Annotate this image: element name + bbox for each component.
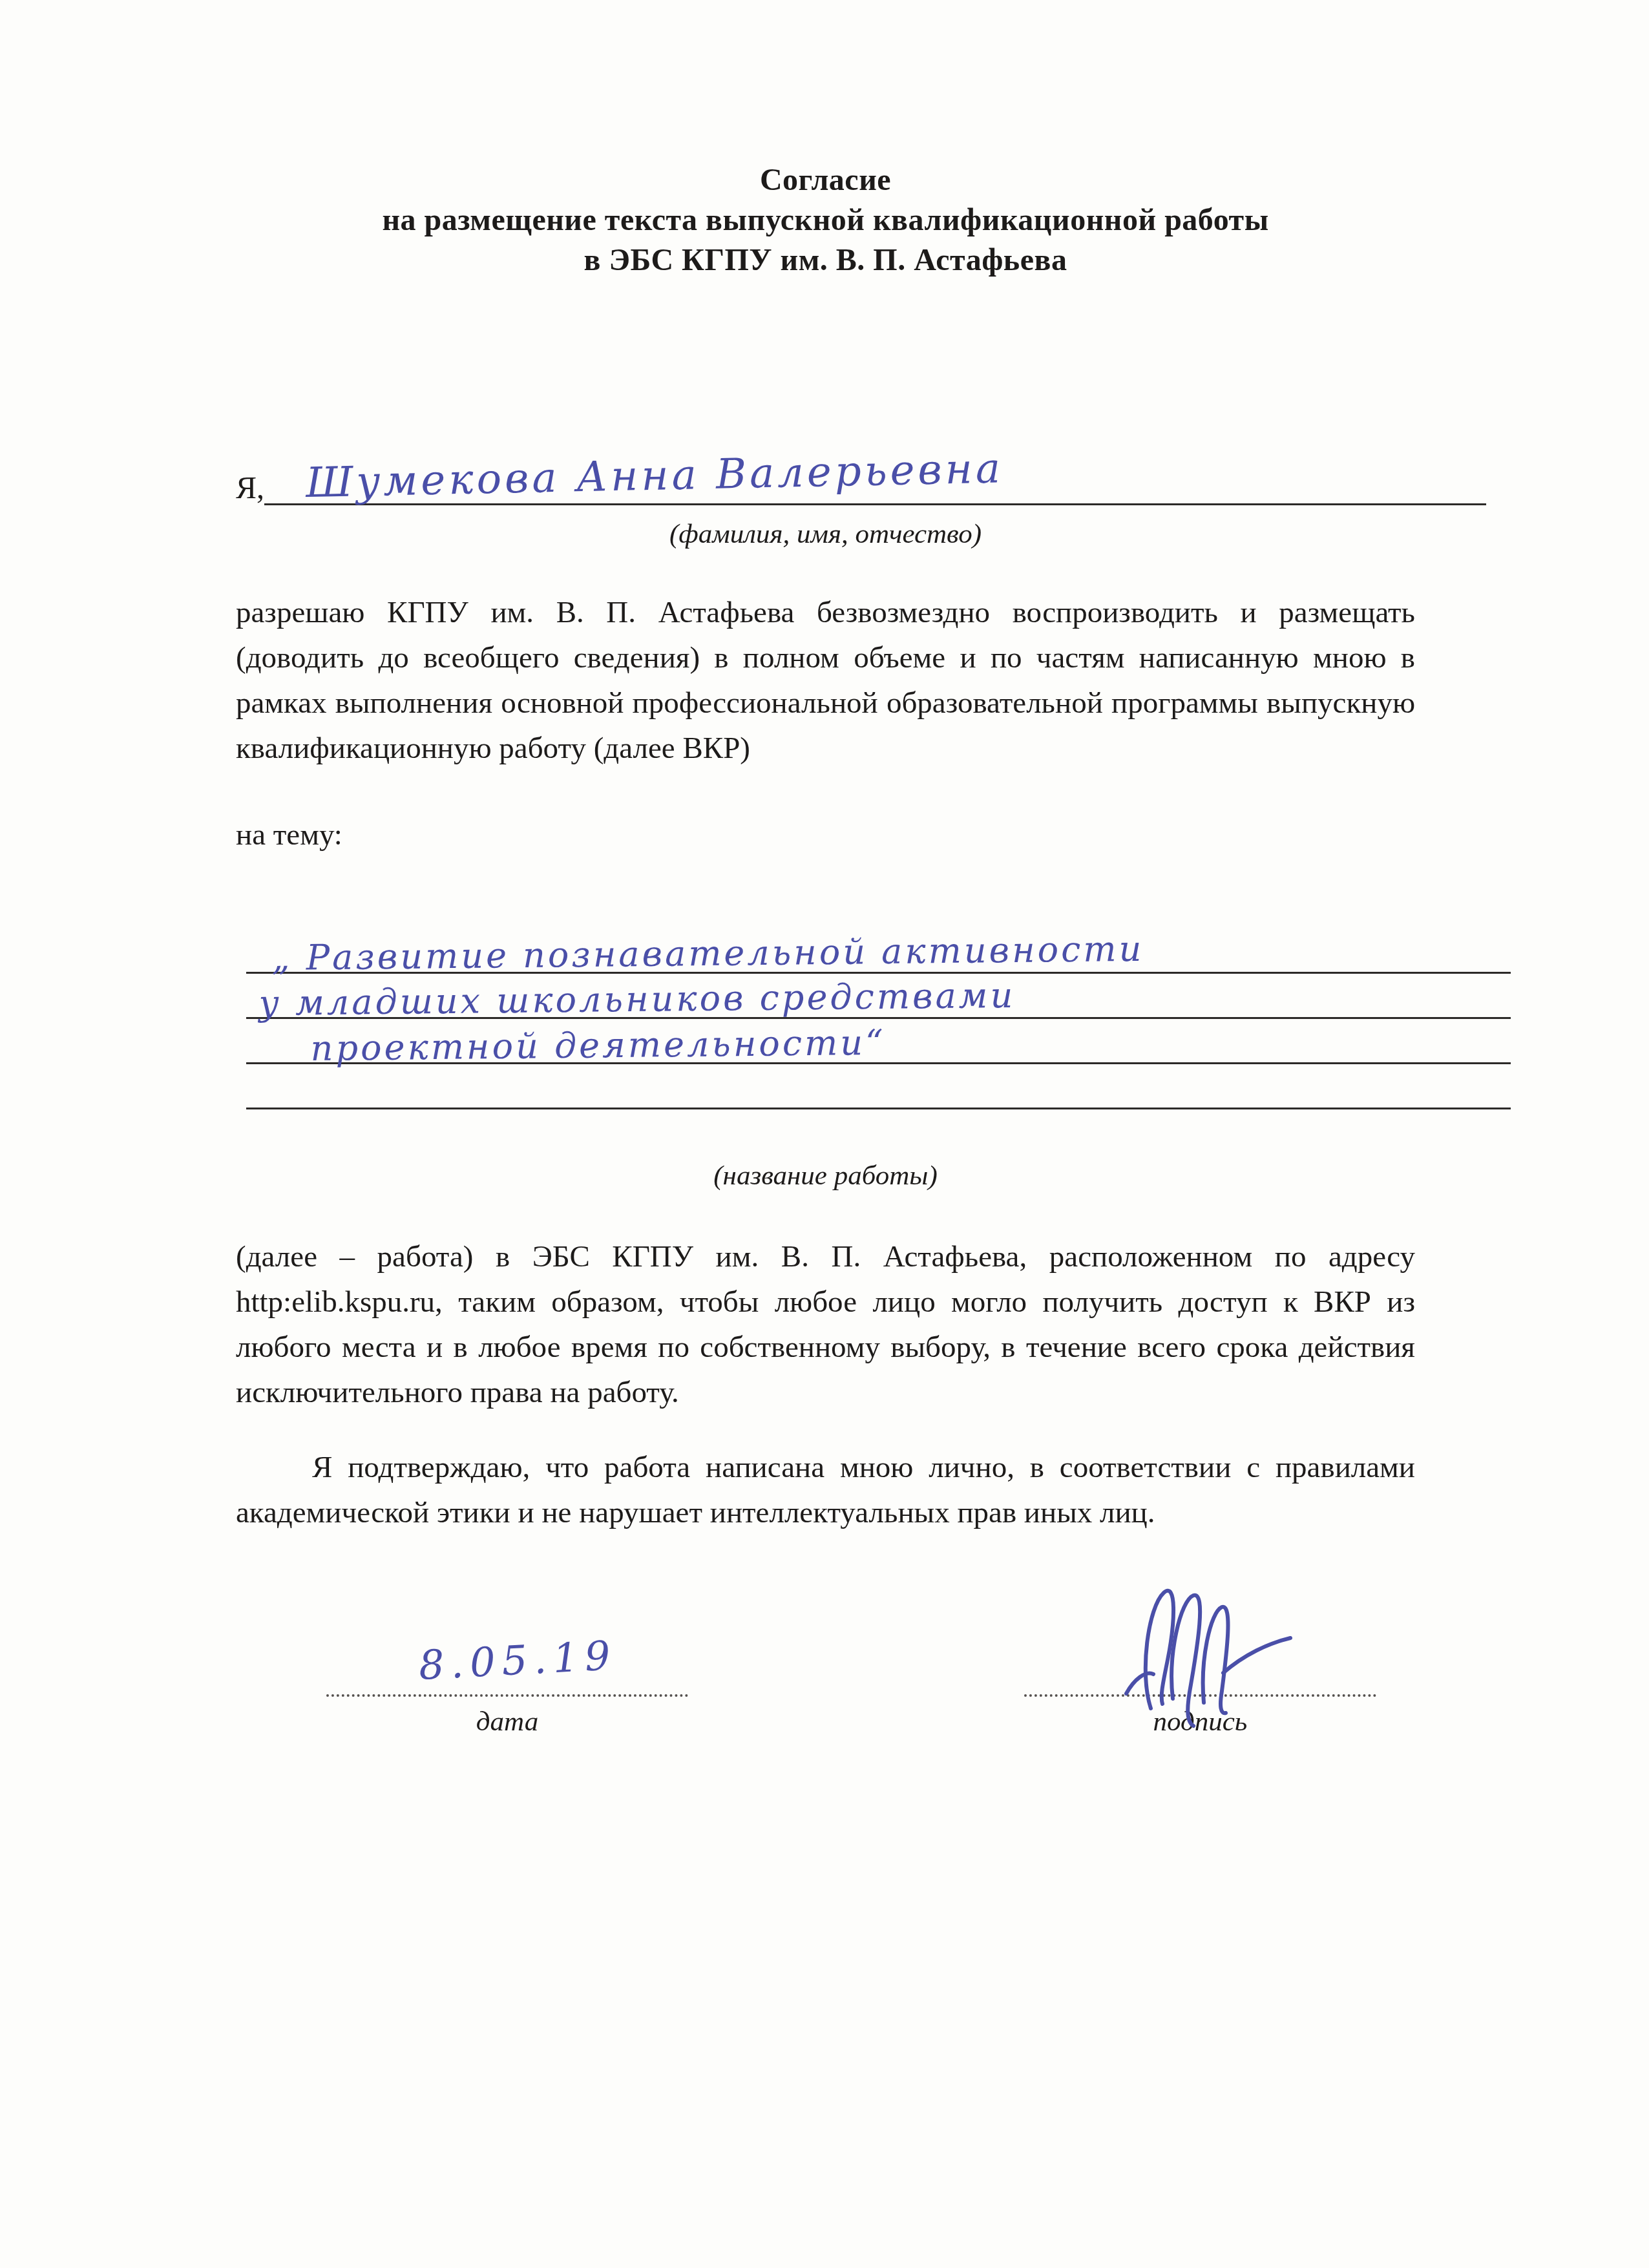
name-underline: Шумекова Анна Валерьевна <box>264 426 1486 505</box>
scanned-consent-document: Согласие на размещение текста выпускной … <box>0 0 1649 2268</box>
handwritten-topic-line-1: „ Развитие познавательной активности <box>271 929 1144 978</box>
name-row: Я, Шумекова Анна Валерьевна <box>236 428 1486 505</box>
topic-handwritten-block: „ Развитие познавательной активности у м… <box>246 929 1511 1109</box>
signature-column: подпись <box>1024 1612 1376 1738</box>
handwritten-date: 8.05.19 <box>417 1632 618 1689</box>
signature-underline <box>1024 1612 1376 1697</box>
date-column: 8.05.19 дата <box>326 1612 688 1738</box>
title-line-1: Согласие <box>236 160 1415 200</box>
title-line-3: в ЭБС КГПУ им. В. П. Астафьева <box>236 240 1415 280</box>
date-caption: дата <box>326 1706 688 1738</box>
placement-paragraph: (далее – работа) в ЭБС КГПУ им. В. П. Ас… <box>236 1234 1415 1415</box>
topic-underline-4-empty <box>246 1064 1511 1109</box>
document-title: Согласие на размещение текста выпускной … <box>236 160 1415 280</box>
date-underline: 8.05.19 <box>326 1612 688 1697</box>
title-line-2: на размещение текста выпускной квалифика… <box>236 200 1415 240</box>
permission-paragraph: разрешаю КГПУ им. В. П. Астафьева безвоз… <box>236 590 1415 771</box>
topic-underline-1: „ Развитие познавательной активности <box>246 929 1511 974</box>
handwritten-full-name: Шумекова Анна Валерьевна <box>305 445 1003 507</box>
topic-underline-3: проектной деятельности“ <box>246 1019 1511 1064</box>
name-prefix-label: Я, <box>236 473 264 505</box>
confirmation-paragraph: Я подтверждаю, что работа написана мною … <box>236 1445 1415 1535</box>
topic-underline-2: у младших школьников средствами <box>246 974 1511 1019</box>
topic-label: на тему: <box>236 817 1415 852</box>
handwritten-topic-line-2: у младших школьников средствами <box>258 975 1015 1024</box>
sign-off-row: 8.05.19 дата подпис <box>236 1612 1415 1738</box>
handwritten-topic-line-3: проектной деятельности“ <box>310 1022 886 1069</box>
topic-caption: (название работы) <box>236 1160 1415 1192</box>
document-content: Согласие на размещение текста выпускной … <box>236 0 1415 1738</box>
signature-handwriting <box>1108 1576 1302 1728</box>
name-caption: (фамилия, имя, отчество) <box>236 518 1415 550</box>
